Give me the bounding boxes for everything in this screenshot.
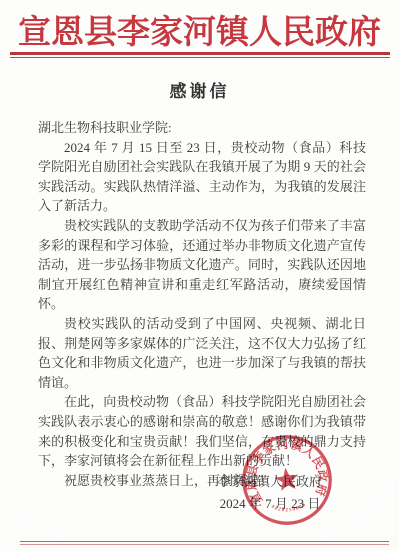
seal-code: 4228250009 — [269, 499, 308, 516]
letter-paragraph: 贵校实践队的活动受到了中国网、央视频、湖北日报、荆楚网等多家媒体的广泛关注，这不… — [38, 314, 366, 392]
page-bottom-rule — [20, 541, 389, 545]
seal-star-icon — [273, 466, 300, 492]
letterhead-rule-thick — [10, 52, 390, 55]
svg-text:4228250009: 4228250009 — [269, 499, 308, 516]
letter-paragraph: 贵校实践队的支教助学活动不仅为孩子们带来了丰富多彩的课程和学习体验，还通过举办非… — [38, 216, 366, 314]
official-seal: 宣恩县李家河镇人民政府 4228250009 — [233, 426, 341, 534]
letter-paragraph: 2024 年 7 月 15 日至 23 日，贵校动物（食品）科技学院阳光自励团社… — [38, 138, 366, 216]
letterhead-rule-thin — [10, 57, 390, 58]
letter-salutation: 湖北生物科技职业学院: — [38, 118, 366, 138]
letterhead-org-title: 宣恩县李家河镇人民政府 — [0, 6, 399, 53]
letter-title: 感谢信 — [0, 77, 399, 102]
scanned-letter-page: 宣恩县李家河镇人民政府 感谢信 湖北生物科技职业学院: 2024 年 7 月 1… — [0, 0, 399, 551]
